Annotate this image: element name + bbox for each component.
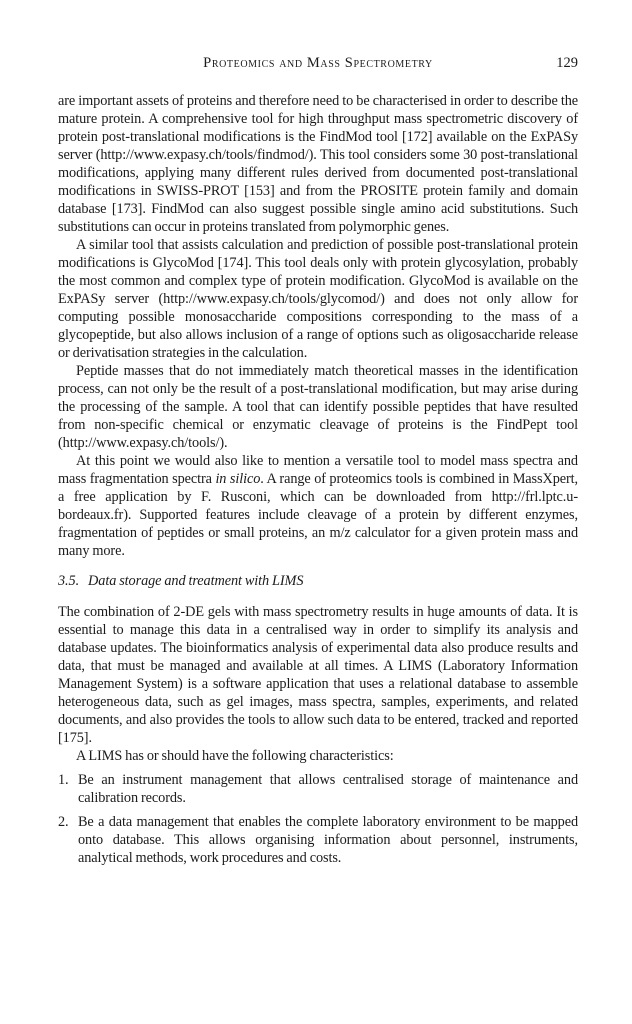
paragraph: Peptide masses that do not immediately m… (58, 362, 578, 452)
list-item-text: Be an instrument management that allows … (78, 772, 578, 806)
page-header: Proteomics and Mass Spectrometry 129 (58, 54, 578, 72)
page-number: 129 (556, 54, 578, 72)
paragraph: A LIMS has or should have the following … (58, 747, 578, 765)
book-page: Proteomics and Mass Spectrometry 129 are… (0, 0, 632, 1024)
paragraph: are important assets of proteins and the… (58, 92, 578, 236)
list-item: 2.Be a data management that enables the … (58, 813, 578, 867)
list-item: 1.Be an instrument management that allow… (58, 771, 578, 807)
running-title: Proteomics and Mass Spectrometry (58, 54, 578, 72)
section-number: 3.5. (58, 573, 79, 589)
paragraph: At this point we would also like to ment… (58, 452, 578, 560)
paragraph: The combination of 2-DE gels with mass s… (58, 603, 578, 747)
section-title: Data storage and treatment with LIMS (88, 573, 303, 589)
list-item-number: 1. (58, 771, 69, 789)
page-body: are important assets of proteins and the… (58, 92, 578, 867)
paragraph: A similar tool that assists calculation … (58, 236, 578, 362)
section-heading: 3.5.Data storage and treatment with LIMS (58, 572, 578, 590)
list-item-number: 2. (58, 813, 69, 831)
list-item-text: Be a data management that enables the co… (78, 814, 578, 866)
